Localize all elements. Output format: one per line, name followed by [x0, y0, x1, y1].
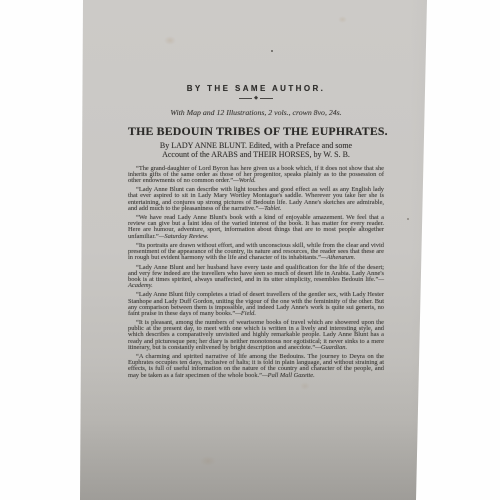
review-text: “A charming and spirited narrative of li… [128, 353, 384, 378]
review-paragraph: “Lady Anne Blunt and her husband have ev… [128, 265, 384, 290]
diamond-rule-ornament: ◆ [128, 96, 384, 101]
review-source: —Athenæum. [321, 254, 355, 261]
review-text: “The grand-daughter of Lord Byron has he… [128, 165, 384, 184]
book-page: BY THE SAME AUTHOR. ◆ With Map and 12 Il… [0, 0, 500, 500]
ink-speck [407, 218, 409, 220]
review-source: —Pall Mall Gazette. [262, 372, 315, 379]
foxing-stain [300, 382, 310, 390]
review-paragraph: “Lady Anne Blunt fitly completes a triad… [128, 292, 384, 317]
imprint-line: With Map and 12 Illustrations, 2 vols., … [128, 108, 384, 117]
diamond-icon: ◆ [254, 96, 258, 101]
review-source: —Tablet. [258, 205, 281, 212]
review-source: —Field. [235, 310, 256, 317]
page-content: BY THE SAME AUTHOR. ◆ With Map and 12 Il… [128, 84, 384, 382]
foxing-stain [164, 36, 176, 45]
byline: By LADY ANNE BLUNT. Edited, with a Prefa… [128, 142, 384, 160]
byline-line2: Account of the ARABS and THEIR HORSES, b… [162, 150, 350, 159]
review-source: —Guardian. [315, 344, 347, 351]
review-paragraph: “Its portraits are drawn without effort,… [128, 243, 384, 261]
byline-line1: By LADY ANNE BLUNT. Edited, with a Prefa… [160, 141, 352, 150]
review-paragraph: “It is pleasant, among the numbers of we… [128, 320, 384, 351]
same-author-heading: BY THE SAME AUTHOR. [128, 84, 384, 93]
review-text: “Lady Anne Blunt and her husband have ev… [128, 264, 384, 283]
book-page-photo: BY THE SAME AUTHOR. ◆ With Map and 12 Il… [0, 0, 500, 500]
review-paragraph: “The grand-daughter of Lord Byron has he… [128, 166, 384, 184]
ink-speck [271, 50, 273, 52]
review-source: —Saturday Review. [159, 233, 209, 240]
review-quotes: “The grand-daughter of Lord Byron has he… [128, 166, 384, 379]
review-source: —World. [233, 177, 256, 184]
rule-right [260, 98, 273, 99]
review-paragraph: “Lady Anne Blunt can describe with light… [128, 187, 384, 212]
foxing-stain [338, 16, 347, 23]
review-paragraph: “We have read Lady Anne Blunt's book wit… [128, 215, 384, 240]
review-paragraph: “A charming and spirited narrative of li… [128, 354, 384, 379]
review-text: “Lady Anne Blunt fitly completes a triad… [128, 291, 384, 316]
book-title: THE BEDOUIN TRIBES OF THE EUPHRATES. [128, 124, 384, 139]
review-text: “Lady Anne Blunt can describe with light… [128, 186, 384, 211]
foxing-stain [200, 456, 216, 466]
rule-left [239, 98, 252, 99]
